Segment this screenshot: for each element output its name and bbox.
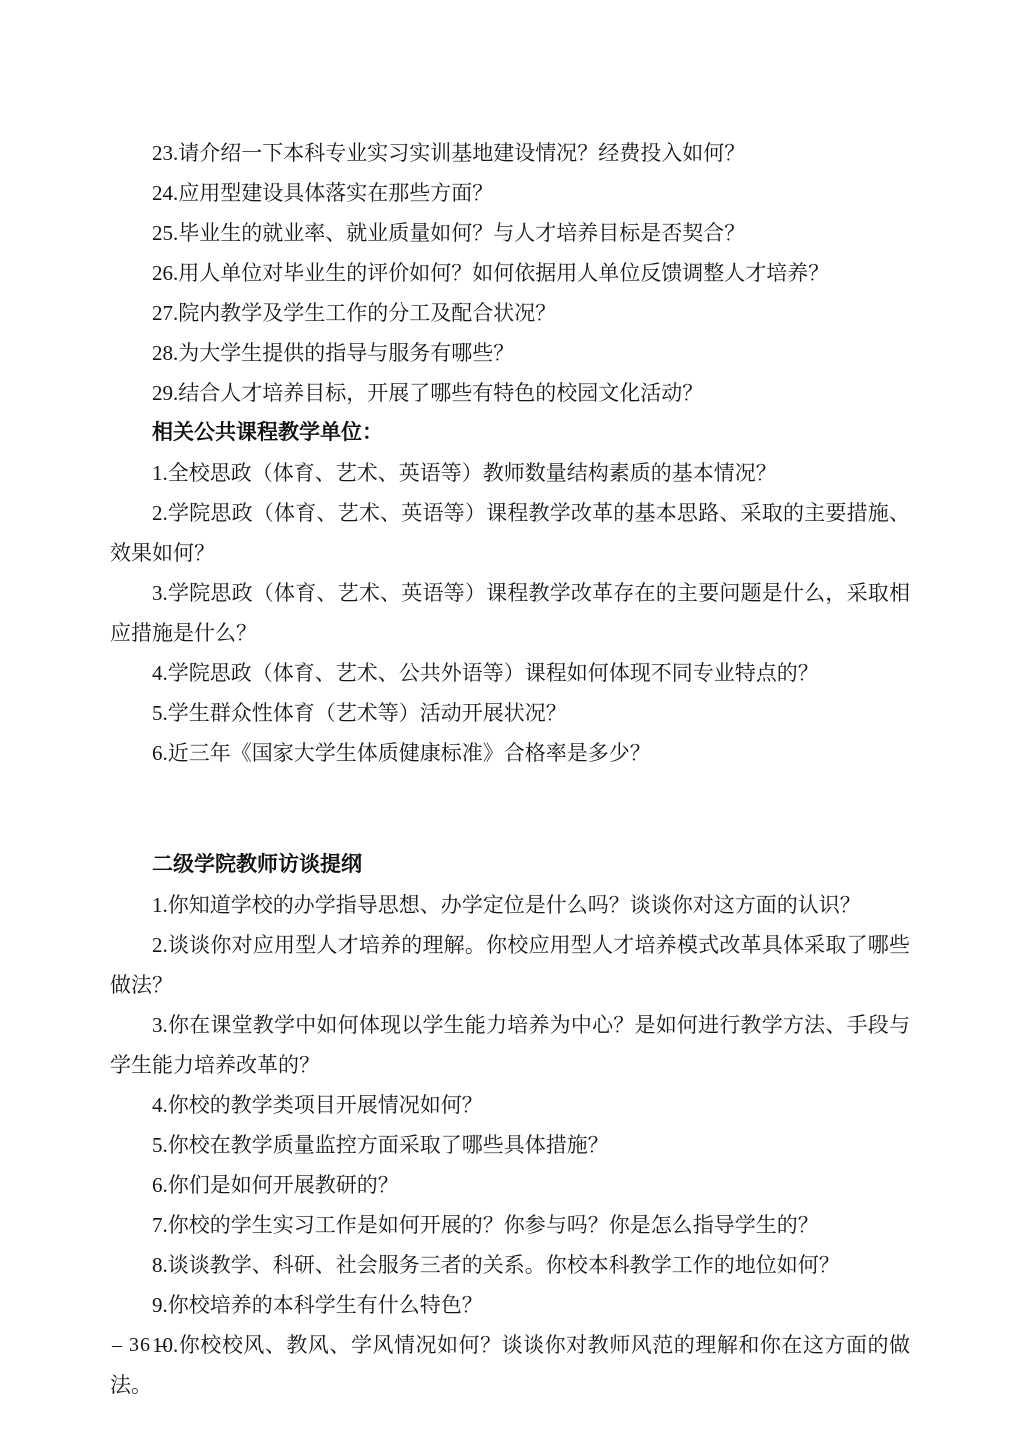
question-paragraph: 2.谈谈你对应用型人才培养的理解。你校应用型人才培养模式改革具体采取了哪些做法？ [110,925,910,1005]
question-paragraph: 24.应用型建设具体落实在那些方面？ [110,173,910,213]
question-paragraph: 1.你知道学校的办学指导思想、办学定位是什么吗？谈谈你对这方面的认识？ [110,885,910,925]
question-paragraph: 27.院内教学及学生工作的分工及配合状况？ [110,293,910,333]
question-paragraph: 8.谈谈教学、科研、社会服务三者的关系。你校本科教学工作的地位如何？ [110,1245,910,1285]
question-paragraph: 9.你校培养的本科学生有什么特色？ [110,1285,910,1325]
question-paragraph: 3.学院思政（体育、艺术、英语等）课程教学改革存在的主要问题是什么，采取相应措施… [110,573,910,653]
question-paragraph: 5.你校在教学质量监控方面采取了哪些具体措施？ [110,1125,910,1165]
question-paragraph: 7.你校的学生实习工作是如何开展的？你参与吗？你是怎么指导学生的？ [110,1205,910,1245]
question-paragraph: 26.用人单位对毕业生的评价如何？如何依据用人单位反馈调整人才培养？ [110,253,910,293]
question-paragraph: 5.学生群众性体育（艺术等）活动开展状况？ [110,693,910,733]
question-paragraph: 1.全校思政（体育、艺术、英语等）教师数量结构素质的基本情况？ [110,453,910,493]
question-paragraph: 4.你校的教学类项目开展情况如何？ [110,1085,910,1125]
section-heading: 二级学院教师访谈提纲 [110,845,910,885]
question-paragraph: 10.你校校风、教风、学风情况如何？谈谈你对教师风范的理解和你在这方面的做法。 [110,1325,910,1405]
section-heading: 相关公共课程教学单位： [110,413,910,453]
question-paragraph: 6.近三年《国家大学生体质健康标准》合格率是多少？ [110,733,910,773]
question-paragraph: 2.学院思政（体育、艺术、英语等）课程教学改革的基本思路、采取的主要措施、效果如… [110,493,910,573]
question-paragraph: 28.为大学生提供的指导与服务有哪些？ [110,333,910,373]
page-number: – 36 – [112,1331,168,1359]
document-content: 23.请介绍一下本科专业实习实训基地建设情况？经费投入如何？24.应用型建设具体… [110,133,910,1405]
question-paragraph: 29.结合人才培养目标，开展了哪些有特色的校园文化活动？ [110,373,910,413]
question-paragraph: 25.毕业生的就业率、就业质量如何？与人才培养目标是否契合？ [110,213,910,253]
question-paragraph: 23.请介绍一下本科专业实习实训基地建设情况？经费投入如何？ [110,133,910,173]
document-page: 23.请介绍一下本科专业实习实训基地建设情况？经费投入如何？24.应用型建设具体… [0,0,1024,1447]
question-paragraph: 6.你们是如何开展教研的？ [110,1165,910,1205]
blank-line [110,789,910,829]
question-paragraph: 3.你在课堂教学中如何体现以学生能力培养为中心？是如何进行教学方法、手段与学生能… [110,1005,910,1085]
question-paragraph: 4.学院思政（体育、艺术、公共外语等）课程如何体现不同专业特点的？ [110,653,910,693]
